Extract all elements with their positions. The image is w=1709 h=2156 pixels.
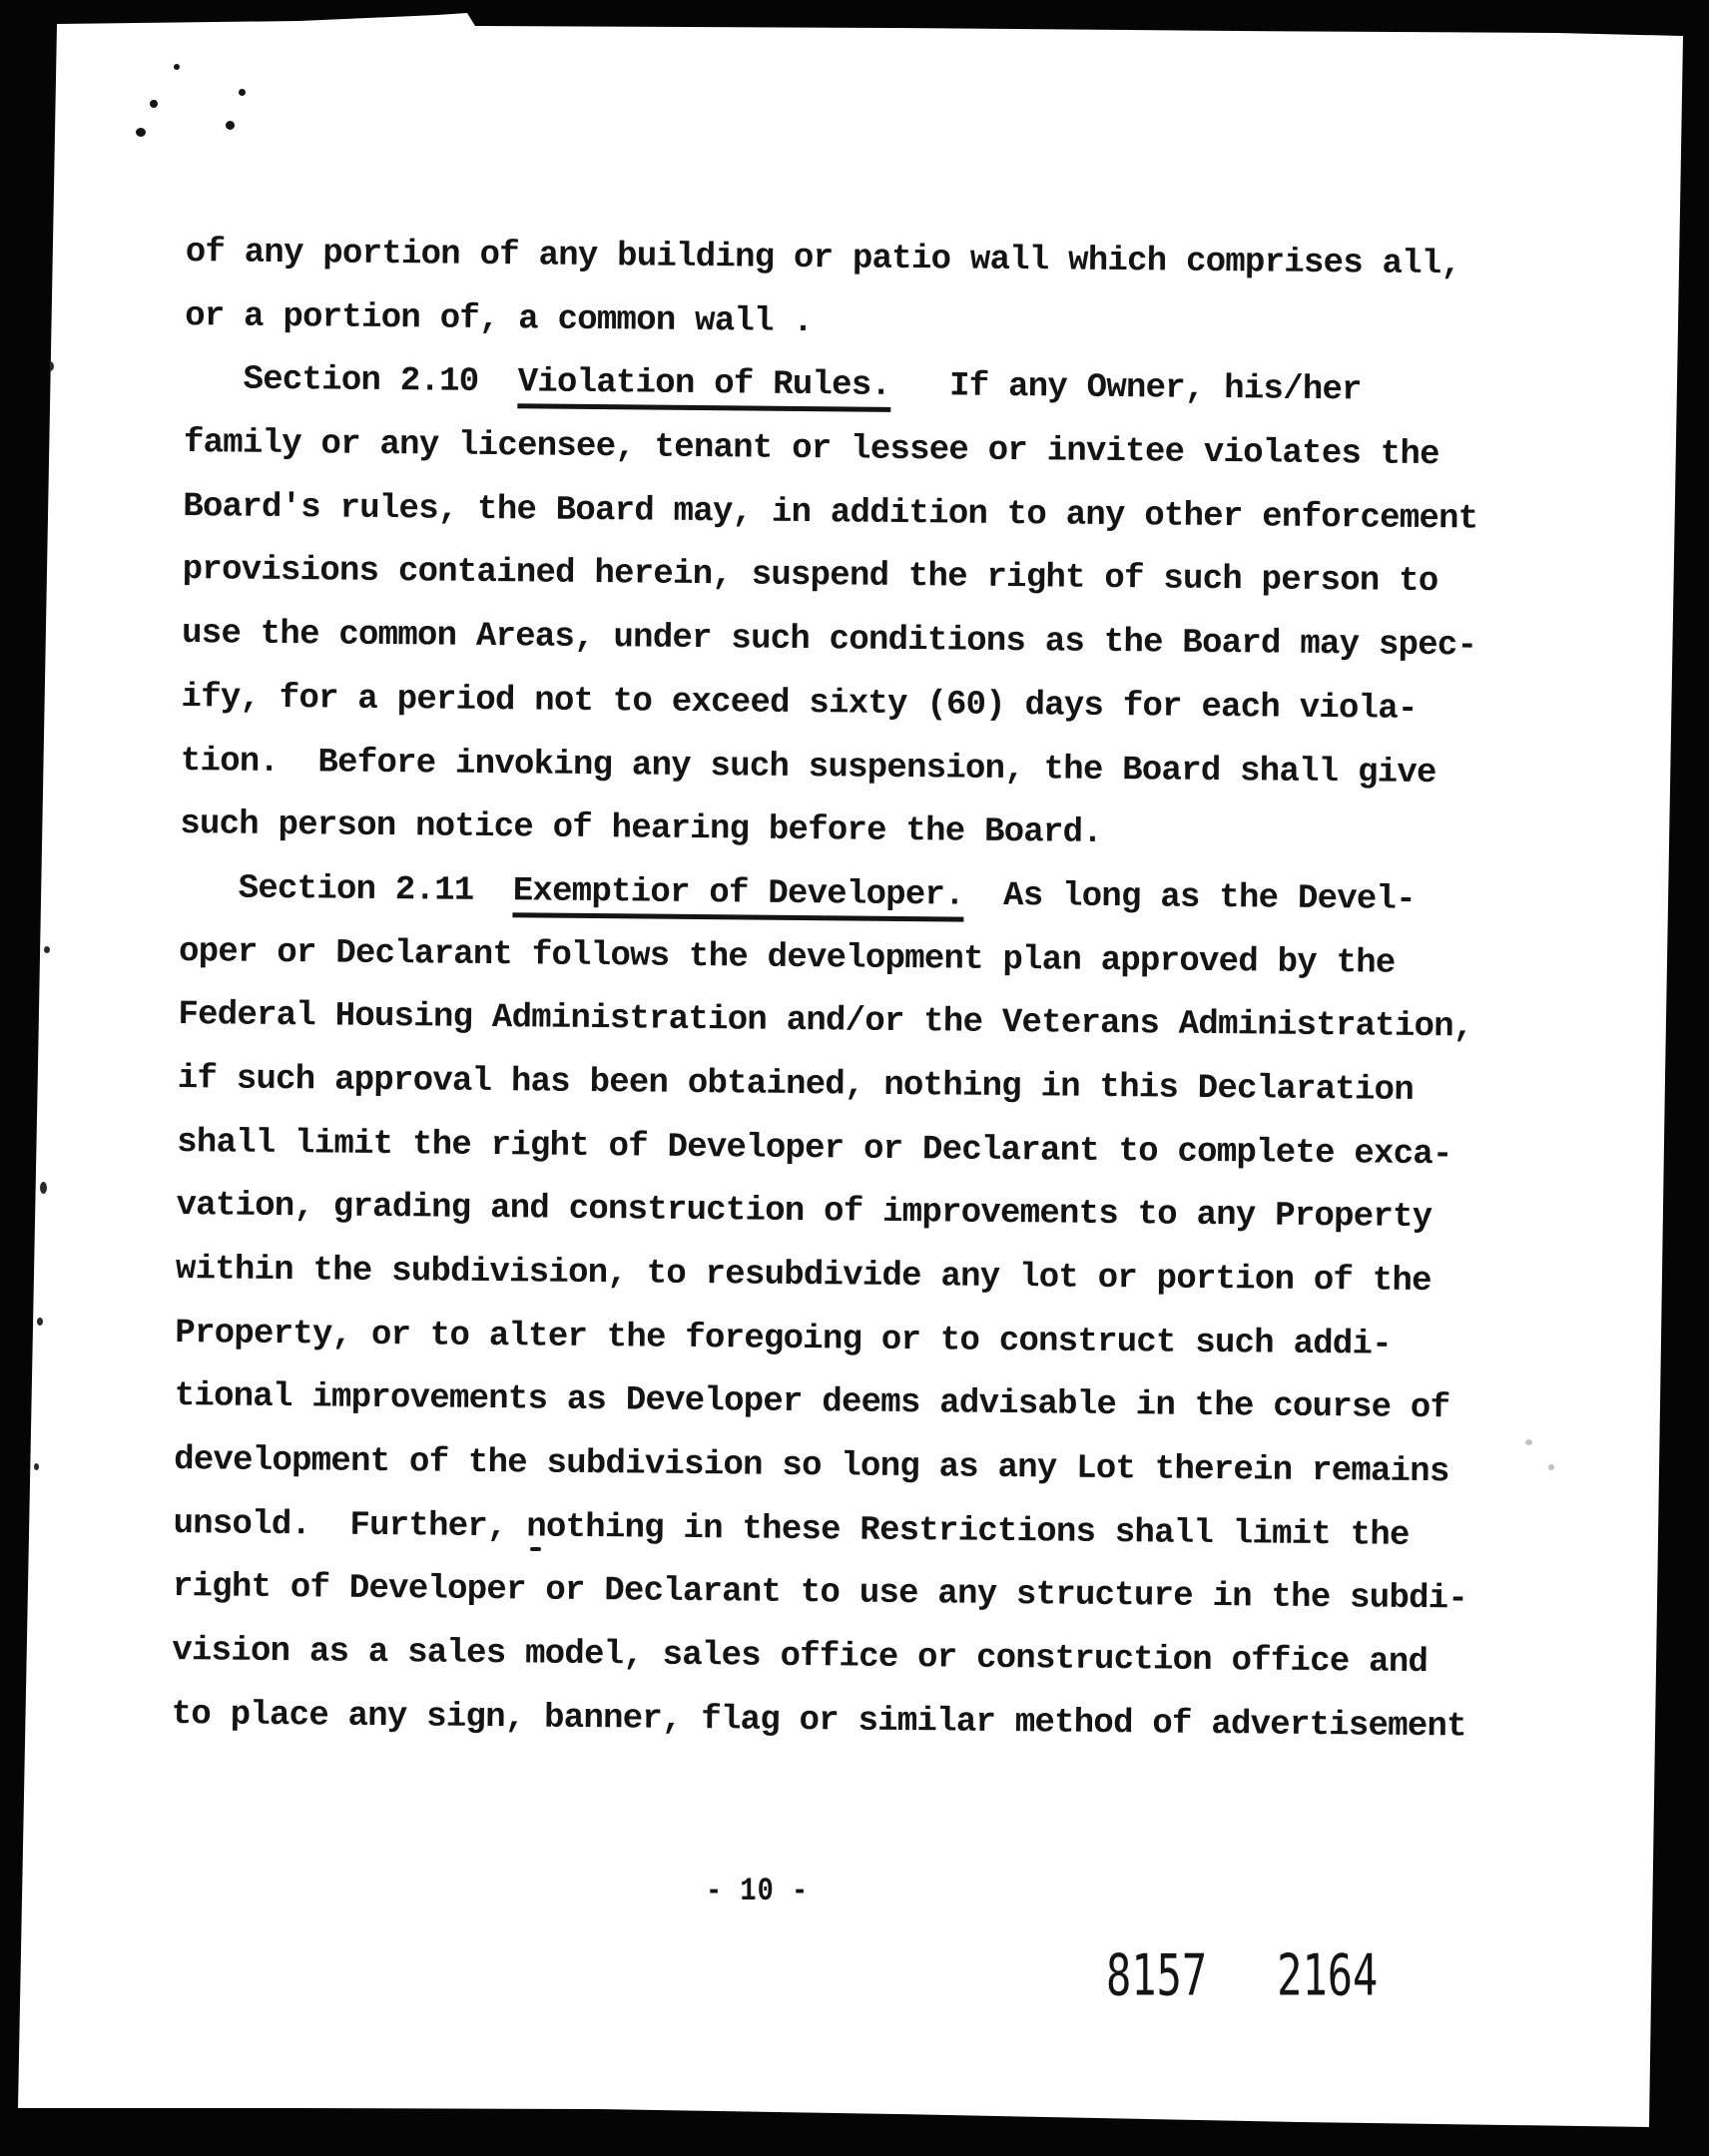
scan-noise-white xyxy=(581,2116,590,2128)
scan-background: of any portion of any building or patio … xyxy=(0,0,1709,2156)
scan-speck xyxy=(226,121,235,130)
scan-speck xyxy=(239,89,246,96)
scan-noise-white xyxy=(1699,574,1703,578)
scan-speck xyxy=(46,361,54,371)
scan-noise-white xyxy=(1443,2128,1449,2134)
text-segment: Section 2.10 xyxy=(243,361,518,402)
text-segment: oper or Declarant follows the developmen… xyxy=(179,933,1396,983)
scan-speck xyxy=(150,100,158,108)
scan-noise-white xyxy=(598,2129,604,2135)
text-segment: Federal Housing Administration and/or th… xyxy=(178,996,1472,1046)
scan-noise-white xyxy=(1692,193,1697,198)
scan-noise-white xyxy=(40,7,47,14)
text-segment: of any portion of any building or patio … xyxy=(186,234,1461,283)
text-segment: vision as a sales model, sales office or… xyxy=(172,1632,1427,1682)
text-segment: Board's rules, the Board may, in additio… xyxy=(183,488,1477,538)
text-segment: development of the subdivision so long a… xyxy=(174,1441,1449,1491)
text-segment: or a portion of, a common wall . xyxy=(185,297,813,341)
scan-speck xyxy=(174,64,180,70)
scan-noise-white xyxy=(986,2129,992,2135)
text-segment: vation, grading and construction of impr… xyxy=(176,1187,1431,1237)
text-segment: provisions contained herein, suspend the… xyxy=(183,551,1438,601)
text-segment: within the subdivision, to resubdivide a… xyxy=(176,1251,1431,1301)
scan-speck xyxy=(37,1318,43,1326)
text-segment: family or any licensee, tenant or lessee… xyxy=(184,424,1439,474)
text-segment: to place any sign, banner, flag or simil… xyxy=(172,1696,1466,1746)
scan-speck xyxy=(1525,1439,1532,1445)
text-segment: Property, or to alter the foregoing or t… xyxy=(175,1315,1392,1364)
scan-speck xyxy=(530,1547,541,1551)
text-segment: use the common Areas, under such conditi… xyxy=(182,615,1476,665)
text-line: to place any sign, banner, flag or simil… xyxy=(171,1684,1569,1761)
paper: of any portion of any building or patio … xyxy=(0,0,1709,2156)
text-segment: If any Owner, his/her xyxy=(890,367,1362,410)
text-segment: Section 2.11 xyxy=(238,869,513,910)
scan-noise-white xyxy=(1601,2141,1606,2146)
scan-noise-white xyxy=(621,2137,626,2142)
page-number: - 10 - xyxy=(706,1875,809,1910)
text-segment: tional improvements as Developer deems a… xyxy=(175,1377,1450,1427)
text-segment: unsold. Further, nothing in these Restri… xyxy=(173,1505,1409,1555)
section-heading-underlined: Violation of Rules. xyxy=(517,364,890,413)
text-segment: if such approval has been obtained, noth… xyxy=(178,1060,1414,1110)
scan-speck xyxy=(136,128,146,137)
text-segment: such person notice of hearing before the… xyxy=(180,806,1102,852)
scan-speck xyxy=(44,946,50,953)
stamp-book-number: 8157 xyxy=(1106,1942,1207,2008)
scan-noise-white xyxy=(819,2118,826,2125)
scan-speck xyxy=(34,1463,39,1470)
scanned-document-page: { "document": { "kind": "scanned typewri… xyxy=(0,0,1709,2156)
section-heading-underlined: Exemptior of Developer. xyxy=(513,872,964,921)
scan-speck xyxy=(1548,1464,1554,1470)
document-body: of any portion of any building or patio … xyxy=(171,222,1583,1761)
text-segment: tion. Before invoking any such suspensio… xyxy=(181,743,1436,793)
stamp-page-number: 2164 xyxy=(1277,1942,1378,2008)
scan-noise-white xyxy=(647,2143,651,2147)
text-segment: As long as the Devel- xyxy=(964,876,1416,918)
text-segment: right of Developer or Declarant to use a… xyxy=(173,1568,1467,1618)
scan-speck xyxy=(40,1182,47,1194)
recorder-stamp: 81572164 xyxy=(1106,1942,1378,2008)
text-segment: shall limit the right of Developer or De… xyxy=(177,1124,1452,1174)
text-segment: ify, for a period not to exceed sixty (6… xyxy=(181,679,1417,729)
